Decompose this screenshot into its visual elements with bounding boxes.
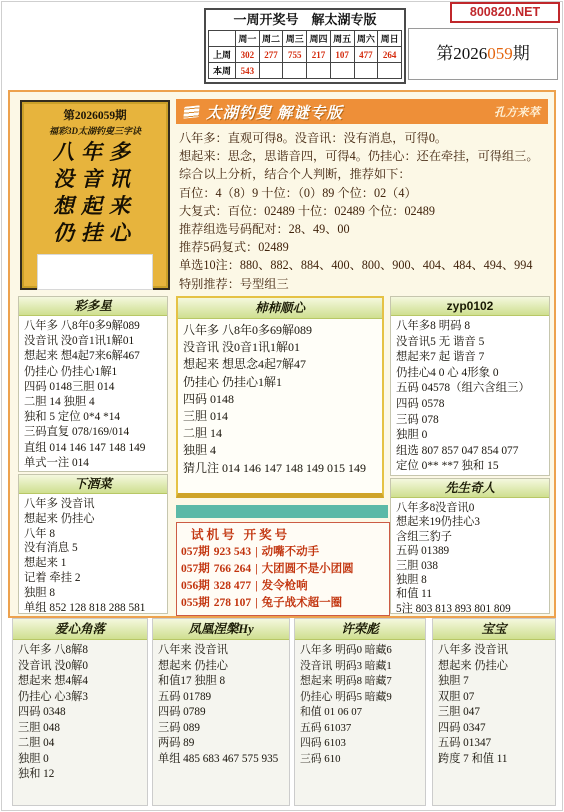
last-week-row: 上周 302 277 755 217 107 477 264 bbox=[209, 47, 402, 63]
draw-number-cell bbox=[307, 63, 331, 79]
text-line: 三码 078 bbox=[396, 413, 544, 429]
text-line: 没音讯 明码3 暗藏1 bbox=[300, 659, 420, 675]
day-header-cell: 周三 bbox=[283, 31, 307, 47]
verse-line: 想起来 bbox=[22, 193, 168, 220]
text-line: 二胆 14 独胆 4 bbox=[24, 395, 162, 410]
text-line: 想起来 想4起7来6解467 bbox=[24, 349, 162, 364]
text-line: 八年来 没音讯 bbox=[158, 643, 284, 659]
section-lines: 八年多8 明码 8没音讯5 无 谐音 5想起来7 起 谐音 7仍挂心4 0 心 … bbox=[391, 316, 549, 476]
issue-prefix: 第2026 bbox=[436, 44, 487, 63]
week-header-row: 周一 周二 周三 周四 周五 周六 周日 bbox=[209, 31, 402, 47]
section-header: 下酒菜 bbox=[19, 475, 167, 494]
text-line: 三胆 047 bbox=[438, 705, 550, 721]
week-draw-table: 一周开奖号 解太湖专版 周一 周二 周三 周四 周五 周六 周日 上周 302 … bbox=[204, 8, 406, 84]
day-header-cell: 周六 bbox=[354, 31, 378, 47]
draw-number-cell bbox=[259, 63, 283, 79]
analysis-line: 推荐5码复式：02489 bbox=[179, 238, 549, 256]
draw-number-cell bbox=[354, 63, 378, 79]
text-line: 想起来19仍挂心3 bbox=[396, 515, 544, 529]
section-header: 彩多星 bbox=[19, 297, 167, 316]
section-caiduoxing: 彩多星 八年多 八8年0多9解089没音讯 没0音1讯1解01想起来 想4起7来… bbox=[18, 296, 168, 472]
text-line: 三胆 014 bbox=[183, 408, 377, 425]
text-line: 想起来 想思念4起7解47 bbox=[183, 356, 377, 373]
text-line: 五码 61037 bbox=[300, 721, 420, 737]
text-line: 八年多 八8年0多9解089 bbox=[24, 319, 162, 334]
section-lines: 八年多 明码0 暗藏6没音讯 明码3 暗藏1想起来 明码8 暗藏7仍挂心 明码5… bbox=[295, 640, 425, 770]
text-line: 五码 01347 bbox=[438, 736, 550, 752]
draw-number-cell: 543 bbox=[236, 63, 260, 79]
week-table-title: 一周开奖号 解太湖专版 bbox=[206, 10, 404, 30]
text-line: 没音讯 没0音1讯1解01 bbox=[24, 334, 162, 349]
text-line: 仍挂心 心3解3 bbox=[18, 690, 142, 706]
analysis-line: 特别推荐：号型组三 bbox=[179, 275, 549, 293]
verse-line: 八年多 bbox=[22, 139, 168, 166]
text-line: 想起来 仍挂心 bbox=[438, 659, 550, 675]
section-lines: 八年来 没音讯想起来 仍挂心和值17 独胆 8五码 01789四码 0789三码… bbox=[153, 640, 289, 770]
gold-issue-label: 第2026059期 bbox=[22, 107, 168, 123]
text-line: 单式一注 014 bbox=[24, 456, 162, 471]
text-line: 独胆 0 bbox=[18, 752, 142, 768]
section-baobao: 宝宝 八年多 没音讯想起来 仍挂心独胆 7双胆 07三胆 047四码 0347五… bbox=[432, 618, 556, 806]
draw-number-cell: 477 bbox=[354, 47, 378, 63]
issue-suffix: 期 bbox=[513, 44, 530, 63]
text-line: 独胆 0 bbox=[396, 428, 544, 444]
text-line: 四码 0578 bbox=[396, 397, 544, 413]
text-line: 五码 01389 bbox=[396, 544, 544, 558]
text-line: 独和 5 定位 0*4 *14 bbox=[24, 410, 162, 425]
text-line: 没有消息 5 bbox=[24, 541, 162, 556]
test-numbers-header: 试机号 开奖号 bbox=[177, 523, 389, 543]
row-label: 本周 bbox=[209, 63, 236, 79]
draw-number-cell: 217 bbox=[307, 47, 331, 63]
section-aixin-jiaoluo: 爱心角落 八年多 八8解8没音讯 没0解0想起来 想4解4仍挂心 心3解3四码 … bbox=[12, 618, 148, 806]
test-number-row: 057期766 264|大团圆不是小团圆 bbox=[181, 561, 385, 578]
text-line: 四码 0148 bbox=[183, 391, 377, 408]
text-line: 四码 0347 bbox=[438, 721, 550, 737]
text-line: 单组 852 128 818 288 581 bbox=[24, 601, 162, 614]
section-header: 先生奇人 bbox=[391, 479, 549, 498]
draw-number-cell: 277 bbox=[259, 47, 283, 63]
day-header-cell: 周一 bbox=[236, 31, 260, 47]
text-line: 八年多 没音讯 bbox=[438, 643, 550, 659]
verse-line: 没音讯 bbox=[22, 166, 168, 193]
issue-number-box: 第2026059期 bbox=[408, 28, 558, 80]
analysis-line: 综合以上分析，结合个人判断，推荐如下： bbox=[179, 165, 549, 183]
text-line: 三码直复 078/169/014 bbox=[24, 425, 162, 440]
text-line: 独胆 8 bbox=[396, 573, 544, 587]
text-line: 五码 01789 bbox=[158, 690, 284, 706]
text-line: 八年 8 bbox=[24, 527, 162, 542]
analysis-line: 大复式：百位：02489 十位：02489 个位：02489 bbox=[179, 202, 549, 220]
test-number-row: 057期923 543|动嘴不动手 bbox=[181, 544, 385, 561]
draw-number-cell bbox=[283, 63, 307, 79]
text-line: 和值 01 06 07 bbox=[300, 705, 420, 721]
banner-title: 太湖钓叟 解谜专版 bbox=[206, 101, 494, 123]
text-line: 单组 485 683 467 575 935 bbox=[158, 752, 284, 768]
text-line: 和值17 独胆 8 bbox=[158, 674, 284, 690]
text-line: 八年多 八8年0多69解089 bbox=[183, 322, 377, 339]
verse-lines: 八年多没音讯想起来仍挂心 bbox=[22, 139, 168, 247]
banner-subtitle: 孔方来萃 bbox=[494, 104, 540, 120]
test-number-row: 055期278 107|兔子战术超一圈 bbox=[181, 595, 385, 612]
test-numbers-rows: 057期923 543|动嘴不动手057期766 264|大团圆不是小团圆056… bbox=[177, 543, 389, 613]
text-line: 没音讯5 无 谐音 5 bbox=[396, 335, 544, 351]
issue-highlight: 059 bbox=[487, 44, 513, 63]
text-line: 定位 0** **7 独和 15 bbox=[396, 459, 544, 475]
draw-number-cell: 107 bbox=[330, 47, 354, 63]
text-line: 猜几注 014 146 147 148 149 015 149 bbox=[183, 460, 377, 477]
text-line: 含组三豹子 bbox=[396, 530, 544, 544]
section-fenghuang: 凤凰涅槃Hy 八年来 没音讯想起来 仍挂心和值17 独胆 8五码 01789四码… bbox=[152, 618, 290, 806]
section-header: 宝宝 bbox=[433, 619, 555, 640]
gold-blank-box bbox=[37, 254, 153, 290]
text-line: 五码 04578（组六含组三） bbox=[396, 381, 544, 397]
day-header-cell: 周四 bbox=[307, 31, 331, 47]
text-line: 四码 0148三胆 014 bbox=[24, 380, 162, 395]
analysis-block: 八年多：直观可得8。没音讯：没有消息，可得0。想起来：思念，思谐音四，可得4。仍… bbox=[179, 129, 549, 293]
text-line: 5注 803 813 893 801 809 bbox=[396, 602, 544, 614]
text-line: 三胆 038 bbox=[396, 559, 544, 573]
teal-divider-band bbox=[176, 505, 388, 518]
text-line: 跨度 7 和值 11 bbox=[438, 752, 550, 768]
text-line: 没音讯 没0音1讯1解01 bbox=[183, 339, 377, 356]
analysis-line: 八年多：直观可得8。没音讯：没有消息，可得0。 bbox=[179, 129, 549, 147]
gold-subtitle: 福彩3D太湖钓叟三字诀 bbox=[22, 124, 168, 137]
site-url-badge[interactable]: 800820.NET bbox=[450, 2, 560, 23]
section-header: 凤凰涅槃Hy bbox=[153, 619, 289, 640]
text-line: 四码 0348 bbox=[18, 705, 142, 721]
text-line: 四码 6103 bbox=[300, 736, 420, 752]
text-line: 想起来 仍挂心 bbox=[158, 659, 284, 675]
text-line: 独胆 4 bbox=[183, 442, 377, 459]
text-line: 想起来 明码8 暗藏7 bbox=[300, 674, 420, 690]
test-number-row: 056期328 477|发令枪响 bbox=[181, 578, 385, 595]
text-line: 二胆 04 bbox=[18, 736, 142, 752]
text-line: 独和 12 bbox=[18, 767, 142, 783]
text-line: 三码 089 bbox=[158, 721, 284, 737]
text-line: 八年多 明码0 暗藏6 bbox=[300, 643, 420, 659]
day-header-cell: 周日 bbox=[378, 31, 402, 47]
text-line: 四码 0789 bbox=[158, 705, 284, 721]
text-line: 记着 牵挂 2 bbox=[24, 571, 162, 586]
section-xiajiucai: 下酒菜 八年多 没音讯想起来 仍挂心八年 8没有消息 5想起来 1记着 牵挂 2… bbox=[18, 474, 168, 614]
draw-number-cell: 302 bbox=[236, 47, 260, 63]
section-lines: 八年多 八8年0多9解089没音讯 没0音1讯1解01想起来 想4起7来6解46… bbox=[19, 316, 167, 472]
section-shishi-shunxin: 柿柿顺心 八年多 八8年0多69解089没音讯 没0音1讯1解01想起来 想思念… bbox=[176, 296, 384, 498]
text-line: 和值 11 bbox=[396, 587, 544, 601]
text-line: 二胆 14 bbox=[183, 425, 377, 442]
text-line: 仍挂心4 0 心 4形象 0 bbox=[396, 366, 544, 382]
document-icon bbox=[183, 105, 200, 119]
text-line: 想起来 仍挂心 bbox=[24, 512, 162, 527]
text-line: 三胆 048 bbox=[18, 721, 142, 737]
draw-number-cell: 264 bbox=[378, 47, 402, 63]
text-line: 没音讯 没0解0 bbox=[18, 659, 142, 675]
row-label: 上周 bbox=[209, 47, 236, 63]
analysis-line: 推荐组选号码配对：28、49、00 bbox=[179, 220, 549, 238]
text-line: 两码 89 bbox=[158, 736, 284, 752]
section-lines: 八年多 没音讯想起来 仍挂心八年 8没有消息 5想起来 1记着 牵挂 2独胆 8… bbox=[19, 494, 167, 614]
text-line: 八年多8 明码 8 bbox=[396, 319, 544, 335]
section-lines: 八年多 没音讯想起来 仍挂心独胆 7双胆 07三胆 047四码 0347五码 0… bbox=[433, 640, 555, 770]
text-line: 三码 610 bbox=[300, 752, 420, 768]
text-line: 想起来 想4解4 bbox=[18, 674, 142, 690]
section-lines: 八年多 八8年0多69解089没音讯 没0音1讯1解01想起来 想思念4起7解4… bbox=[178, 319, 382, 480]
text-line: 想起来 1 bbox=[24, 556, 162, 571]
text-line: 想起来7 起 谐音 7 bbox=[396, 350, 544, 366]
analysis-line: 百位：4（8）9 十位：（0）89 个位：02（4） bbox=[179, 184, 549, 202]
week-table: 周一 周二 周三 周四 周五 周六 周日 上周 302 277 755 217 … bbox=[208, 30, 402, 79]
section-banner: 太湖钓叟 解谜专版 孔方来萃 bbox=[176, 99, 548, 124]
gold-verse-panel: 第2026059期 福彩3D太湖钓叟三字诀 八年多没音讯想起来仍挂心 bbox=[20, 100, 170, 290]
section-header: zyp0102 bbox=[391, 297, 549, 316]
section-header: 爱心角落 bbox=[13, 619, 147, 640]
day-header-cell: 周五 bbox=[330, 31, 354, 47]
draw-number-cell bbox=[330, 63, 354, 79]
text-line: 仍挂心 仍挂心1解1 bbox=[24, 365, 162, 380]
analysis-line: 单选10注：880、882、884、400、800、900、404、484、49… bbox=[179, 256, 549, 274]
section-header: 柿柿顺心 bbox=[178, 298, 382, 319]
text-line: 八年多 没音讯 bbox=[24, 497, 162, 512]
text-line: 仍挂心 仍挂心1解1 bbox=[183, 374, 377, 391]
section-zyp0102: zyp0102 八年多8 明码 8没音讯5 无 谐音 5想起来7 起 谐音 7仍… bbox=[390, 296, 550, 476]
section-xiansheng-qiren: 先生奇人 八年多8没音讯0想起来19仍挂心3含组三豹子五码 01389三胆 03… bbox=[390, 478, 550, 614]
text-line: 八年多8没音讯0 bbox=[396, 501, 544, 515]
text-line: 八年多 八8解8 bbox=[18, 643, 142, 659]
draw-number-cell bbox=[378, 63, 402, 79]
analysis-line: 想起来：思念，思谐音四，可得4。仍挂心：还在牵挂，可得组三。 bbox=[179, 147, 549, 165]
section-lines: 八年多8没音讯0想起来19仍挂心3含组三豹子五码 01389三胆 038独胆 8… bbox=[391, 498, 549, 614]
section-test-numbers: 试机号 开奖号 057期923 543|动嘴不动手057期766 264|大团圆… bbox=[176, 522, 390, 616]
section-xurongbiao: 许荣彪 八年多 明码0 暗藏6没音讯 明码3 暗藏1想起来 明码8 暗藏7仍挂心… bbox=[294, 618, 426, 806]
draw-number-cell: 755 bbox=[283, 47, 307, 63]
text-line: 双胆 07 bbox=[438, 690, 550, 706]
text-line: 独胆 8 bbox=[24, 586, 162, 601]
corner-cell bbox=[209, 31, 236, 47]
section-lines: 八年多 八8解8没音讯 没0解0想起来 想4解4仍挂心 心3解3四码 0348三… bbox=[13, 640, 147, 786]
text-line: 独胆 7 bbox=[438, 674, 550, 690]
day-header-cell: 周二 bbox=[259, 31, 283, 47]
text-line: 直组 014 146 147 148 149 bbox=[24, 441, 162, 456]
section-header: 许荣彪 bbox=[295, 619, 425, 640]
text-line: 组选 807 857 047 854 077 bbox=[396, 444, 544, 460]
this-week-row: 本周 543 bbox=[209, 63, 402, 79]
text-line: 仍挂心 明码5 暗藏9 bbox=[300, 690, 420, 706]
verse-line: 仍挂心 bbox=[22, 220, 168, 247]
